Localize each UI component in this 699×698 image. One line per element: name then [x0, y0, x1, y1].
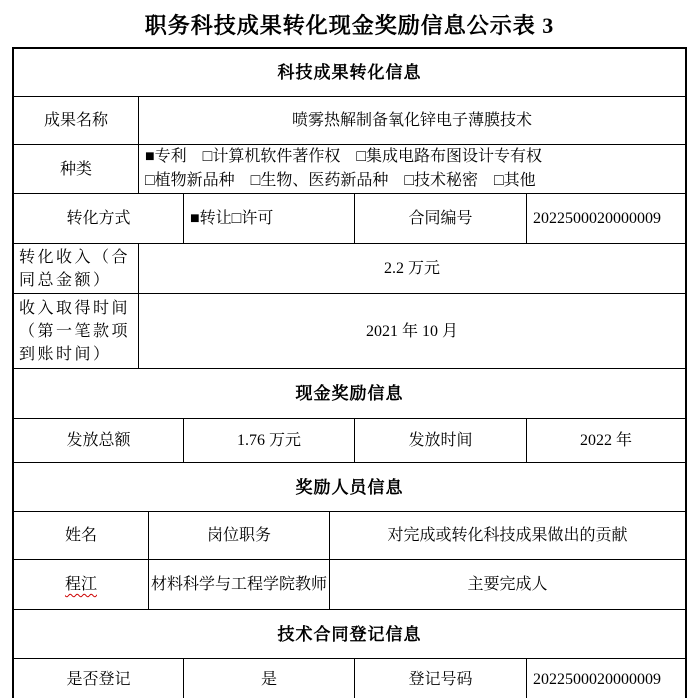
- row-income-time: 收入取得时间（第一笔款项到账时间） 2021 年 10 月: [14, 294, 685, 369]
- payment-total-value: 1.76 万元: [184, 419, 355, 462]
- payment-time-label: 发放时间: [355, 419, 527, 462]
- contract-number-label: 合同编号: [355, 194, 527, 243]
- registration-flag-label: 是否登记: [14, 659, 184, 698]
- section-header-cash: 现金奖励信息: [14, 369, 685, 418]
- awardee-position: 材料科学与工程学院教师: [149, 560, 330, 609]
- type-options-line1: ■专利 □计算机软件著作权 □集成电路布图设计专有权: [145, 145, 542, 169]
- transform-income-label: 转化收入（合同总金额）: [14, 244, 139, 293]
- awardee-name: 程江: [14, 560, 149, 609]
- registration-flag-value: 是: [184, 659, 355, 698]
- achievement-type-label: 种类: [14, 145, 139, 193]
- transform-method-label: 转化方式: [14, 194, 184, 243]
- document-page: 职务科技成果转化现金奖励信息公示表 3 科技成果转化信息 成果名称 喷雾热解制备…: [0, 0, 699, 698]
- income-time-value: 2021 年 10 月: [139, 294, 685, 368]
- row-cash-payment: 发放总额 1.76 万元 发放时间 2022 年: [14, 419, 685, 463]
- awardee-contribution: 主要完成人: [330, 560, 685, 609]
- registration-number-value: 2022500020000009: [527, 659, 685, 698]
- row-transform-income: 转化收入（合同总金额） 2.2 万元: [14, 244, 685, 294]
- row-transform-method: 转化方式 ■转让□许可 合同编号 2022500020000009: [14, 194, 685, 244]
- row-people-columns: 姓名 岗位职务 对完成或转化科技成果做出的贡献: [14, 512, 685, 560]
- section-header-registration: 技术合同登记信息: [14, 610, 685, 658]
- award-info-table: 科技成果转化信息 成果名称 喷雾热解制备氧化锌电子薄膜技术 种类 ■专利 □计算…: [12, 47, 687, 698]
- transform-method-value: ■转让□许可: [184, 194, 355, 243]
- income-time-label: 收入取得时间（第一笔款项到账时间）: [14, 294, 139, 368]
- table-row-awardee: 程江 材料科学与工程学院教师 主要完成人: [14, 560, 685, 610]
- row-registration: 是否登记 是 登记号码 2022500020000009: [14, 659, 685, 698]
- achievement-name-value: 喷雾热解制备氧化锌电子薄膜技术: [139, 97, 685, 144]
- achievement-type-options: ■专利 □计算机软件著作权 □集成电路布图设计专有权 □植物新品种 □生物、医药…: [139, 145, 685, 193]
- payment-time-value: 2022 年: [527, 419, 685, 462]
- payment-total-label: 发放总额: [14, 419, 184, 462]
- people-col-position: 岗位职务: [149, 512, 330, 559]
- section-row-achievement-header: 科技成果转化信息: [14, 49, 685, 97]
- contract-number-value: 2022500020000009: [527, 194, 685, 243]
- section-row-cash-header: 现金奖励信息: [14, 369, 685, 419]
- achievement-name-label: 成果名称: [14, 97, 139, 144]
- people-col-contribution: 对完成或转化科技成果做出的贡献: [330, 512, 685, 559]
- section-row-registration-header: 技术合同登记信息: [14, 610, 685, 659]
- section-header-achievement: 科技成果转化信息: [14, 49, 685, 96]
- transform-income-value: 2.2 万元: [139, 244, 685, 293]
- awardee-name-text: 程江: [65, 573, 97, 596]
- registration-number-label: 登记号码: [355, 659, 527, 698]
- section-row-people-header: 奖励人员信息: [14, 463, 685, 512]
- type-options-line2: □植物新品种 □生物、医药新品种 □技术秘密 □其他: [145, 169, 542, 193]
- people-col-name: 姓名: [14, 512, 149, 559]
- row-achievement-type: 种类 ■专利 □计算机软件著作权 □集成电路布图设计专有权 □植物新品种 □生物…: [14, 145, 685, 194]
- section-header-people: 奖励人员信息: [14, 463, 685, 511]
- page-title: 职务科技成果转化现金奖励信息公示表 3: [0, 9, 699, 40]
- row-achievement-name: 成果名称 喷雾热解制备氧化锌电子薄膜技术: [14, 97, 685, 145]
